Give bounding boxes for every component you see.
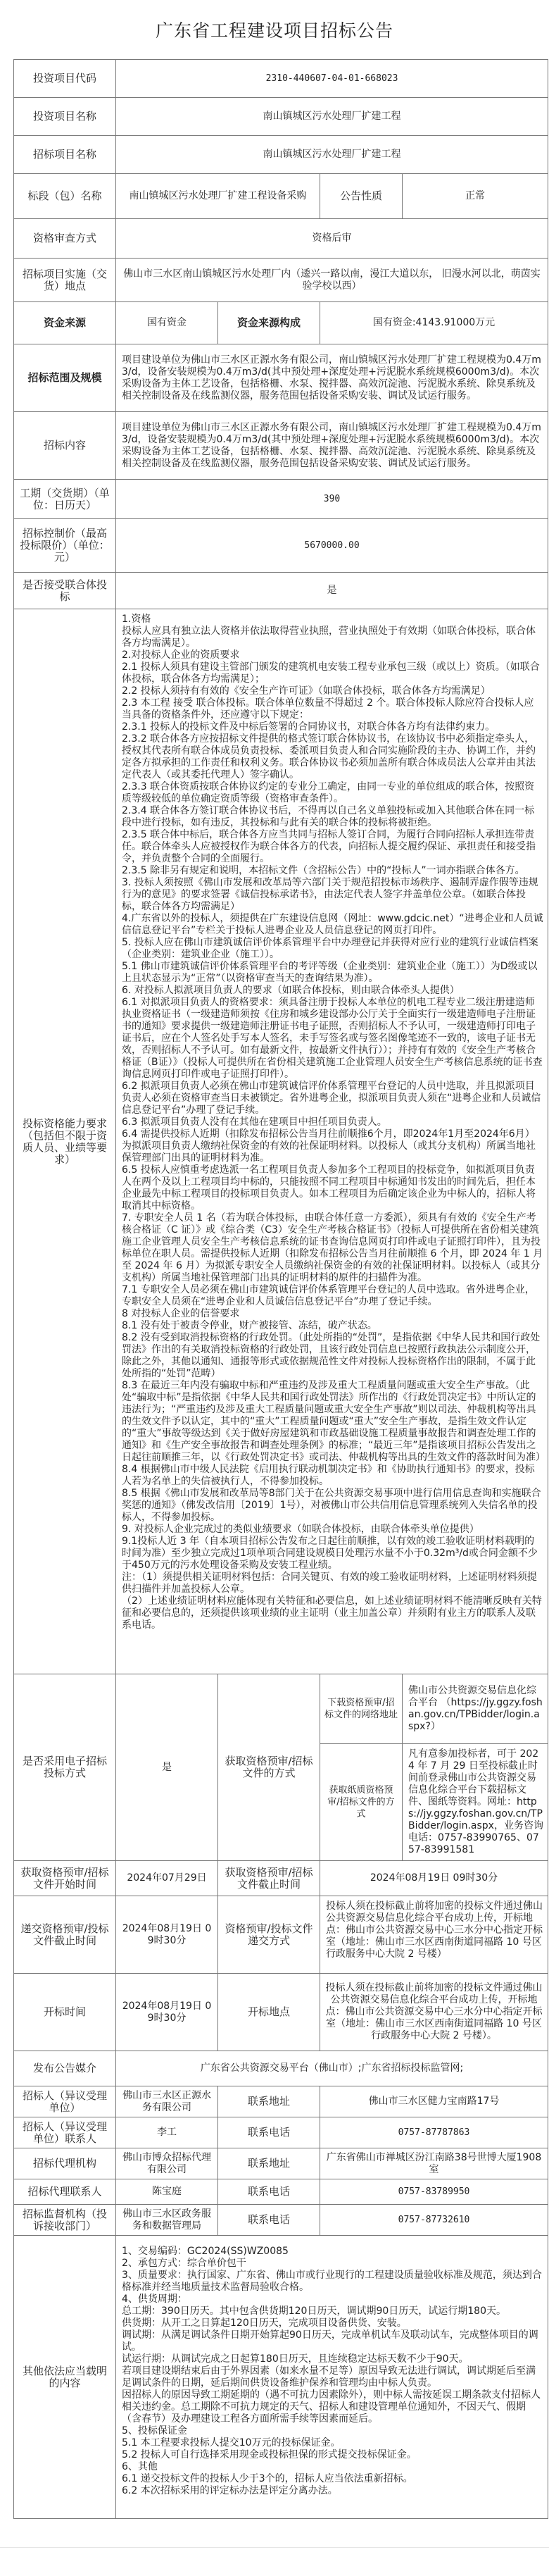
row-invest-code: 投资项目代码 2310-440607-04-01-668023: [14, 60, 548, 98]
fund-source-label: 资金来源: [14, 302, 116, 344]
page-title: 广东省工程建设项目招标公告: [0, 0, 549, 59]
row-qualification: 投标资格能力要求（包括但不限于资质人员、业绩等要求） 1.资格投标人应具有独立法…: [14, 609, 548, 1674]
paragraph-line: 8.4 根据佛山市中级人民法院《启用执行联动机制决定书》和《协助执行通知书》的要…: [122, 1464, 543, 1488]
tenderer-address-label: 联系地址: [218, 2086, 320, 2117]
paragraph-line: 供货期：从开工之日算起120日历天，完成项目设备供货、安装。: [122, 2317, 543, 2329]
obtain-end-label: 获取资格预审/招标文件截止时间: [218, 1861, 320, 1896]
tenderer-phone-value: 0757-87787863: [320, 2117, 548, 2148]
row-duration: 工期（交货期）（单位：日历天） 390: [14, 480, 548, 519]
qualification-lines: 1.资格投标人应具有独立法人资格并依法取得营业执照，营业执照处于有效期（如联合体…: [122, 614, 543, 1631]
qualification-label: 投标资格能力要求（包括但不限于资质人员、业绩等要求）: [14, 609, 116, 1674]
row-submit: 递交资格预审/投标文件截止时间 2024年08月19日 09时30分 资格预审/…: [14, 1896, 548, 1974]
row-tenderer: 招标人（异议受理单位） 佛山市三水区正源水务有限公司 联系地址 佛山市三水区健力…: [14, 2086, 548, 2117]
paragraph-line: 8.1 没有处于被责令停业，财产被接管、冻结，破产状态。: [122, 1320, 543, 1332]
paragraph-line: 8 对投标人企业的信誉要求: [122, 1308, 543, 1320]
content-value: 项目建设单位为佛山市三水区正源水务有限公司，南山镇城区污水处理厂扩建工程规模为0…: [116, 412, 548, 480]
fund-source-value: 国有资金: [116, 302, 218, 344]
paragraph-line: 5.2 投标人可自行选择采用现金或投标担保的形式提交投标保证金。: [122, 2449, 543, 2461]
row-bid-project-name: 招标项目名称 南山镇城区污水处理厂扩建工程: [14, 136, 548, 174]
paragraph-line: 6.1 递交投标文件的投标人少于3个的，招标人应当依法重新招标。: [122, 2473, 543, 2485]
control-price-value: 5670000.00: [116, 519, 548, 573]
paragraph-line: 1.资格: [122, 614, 543, 626]
supervisor-phone-label: 联系电话: [218, 2205, 320, 2236]
paragraph-line: 投标人应具有独立法人资格并依法取得营业执照，营业执照处于有效期（如联合体投标，联…: [122, 626, 543, 649]
consortium-value: 是: [116, 573, 548, 609]
paragraph-line: 6.2 本次招标采用的评定标办法是评定分离办法。: [122, 2485, 543, 2497]
paragraph-line: 5. 投标人应在佛山市建筑诚信评价体系管理平台中办理登记并获得对应行业的建筑行业…: [122, 937, 543, 961]
open-time-label: 开标时间: [14, 1974, 116, 2051]
duration-value: 390: [116, 480, 548, 519]
paragraph-line: 2.3.2 联合体各方应按招标文件提供的格式签订联合体协议书，在该协议书中必须指…: [122, 733, 543, 781]
paragraph-line: 5、投标保证金: [122, 2425, 543, 2437]
row-invest-name: 投资项目名称 南山镇城区污水处理厂扩建工程: [14, 98, 548, 136]
location-value: 佛山市三水区南山镇城区污水处理厂内（逶兴一路以南，漫江大道以东， 旧漫水河以北，…: [116, 259, 548, 302]
other-lines: 1、交易编码：GC2024(SS)WZ00852、承包方式：综合单价包干3、质量…: [122, 2246, 543, 2497]
paragraph-line: 注：（1）须提供相关证明材料包括：合同关键页、有效的竣工验收证明材料，上述证明材…: [122, 1572, 543, 1595]
tenderer-contact-value: 李工: [116, 2117, 218, 2148]
paragraph-line: 7. 专职安全人员 1 名（若为联合体投标，由联合体任意一方委派），须具有有效的…: [122, 1212, 543, 1284]
paragraph-line: 若项目建设期结束后由于外界因素（如来水量不足等）原因导致无法进行调试，调试期延后…: [122, 2365, 543, 2389]
paragraph-line: 9. 对投标人企业完成过的类似业绩要求（如联合体投标，由联合体牵头单位提供）: [122, 1524, 543, 1536]
agency-contact-label: 招标代理联系人: [14, 2179, 116, 2205]
obtain-start-value: 2024年07月29日: [116, 1861, 218, 1896]
paragraph-line: 2.3.5 除非另有规定和说明，本招标文件（含招标公告）中的“投标人”一词亦指联…: [122, 865, 543, 877]
electronic-value: 是: [116, 1674, 218, 1861]
scope-value: 项目建设单位为佛山市三水区正源水务有限公司，南山镇城区污水处理厂扩建工程规模为0…: [116, 344, 548, 412]
invest-name-label: 投资项目名称: [14, 98, 116, 136]
paragraph-line: 6. 对投标人拟派项目负责人的要求（如联合体投标，则由联合体牵头人提供）: [122, 985, 543, 997]
row-obtain-time: 获取资格预审/招标文件开始时间 2024年07月29日 获取资格预审/招标文件截…: [14, 1861, 548, 1896]
paragraph-line: 6.1 对拟派项目负责人的资格要求：须具备注册于投标人本单位的机电工程专业二级注…: [122, 997, 543, 1081]
submit-method-label: 资格预审/投标文件递交方式: [218, 1896, 320, 1974]
paragraph-line: 4、供货周期：: [122, 2294, 543, 2306]
paragraph-line: 9.1投标人近 3 年（自本项目招标公告发布之日起往前顺推，以有效的竣工验收证明…: [122, 1536, 543, 1572]
submit-deadline-label: 递交资格预审/投标文件截止时间: [14, 1896, 116, 1974]
footer-divider: [0, 2547, 549, 2548]
row-media: 发布公告媒介 广东省公共资源交易平台（佛山市）;广东省招标投标监管网;: [14, 2051, 548, 2086]
row-qualification-method: 资格审查方式 资格后审: [14, 219, 548, 259]
tenderer-phone-label: 联系电话: [218, 2117, 320, 2148]
paragraph-line: 7.1 专职安全人员必须在佛山市建筑诚信评价体系管理平台登记的人员中选取。省外进…: [122, 1284, 543, 1308]
notice-nature-value: 正常: [403, 174, 548, 219]
paragraph-line: 8.5 根据《佛山市发展和改革局等8部门关于在公共资源交易事项中进行信用信息查询…: [122, 1488, 543, 1524]
invest-code-value: 2310-440607-04-01-668023: [116, 60, 548, 98]
row-agency: 招标代理机构 佛山市博众招标代理有限公司 联系地址 广东省佛山市禅城区汾江南路3…: [14, 2148, 548, 2179]
notice-nature-label: 公告性质: [320, 174, 403, 219]
invest-name-value: 南山镇城区污水处理厂扩建工程: [116, 98, 548, 136]
fund-composition-label: 资金来源构成: [218, 302, 320, 344]
paragraph-line: 2.1 投标人须具有建设主管部门颁发的建筑机电安装工程专业承包三级（或以上）资质…: [122, 661, 543, 685]
row-tenderer-contact: 招标人（异议受理单位）联系人 李工 联系电话 0757-87787863: [14, 2117, 548, 2148]
download-address-label: 下载资格预审/招标文件的网络地址: [320, 1674, 403, 1744]
section-name-value: 南山镇城区污水处理厂扩建工程设备采购: [116, 174, 320, 219]
obtain-end-value: 2024年08月19日 09时30分: [320, 1861, 548, 1896]
qualification-value: 1.资格投标人应具有独立法人资格并依法取得营业执照，营业执照处于有效期（如联合体…: [116, 609, 548, 1674]
paragraph-line: 2.3.4 联合体各方签订联合体协议书后，不得再以自己名义单独投标或加入其他联合…: [122, 805, 543, 829]
paragraph-line: 2.2 投标人须持有有效的《安全生产许可证》（如联合体投标，联合体各方均需满足）: [122, 685, 543, 697]
row-open: 开标时间 2024年08月19日 09时30分 开标地点 投标人须在投标截止前将…: [14, 1974, 548, 2051]
paper-method-label: 获取纸质资格预审/招标文件的方式: [320, 1744, 403, 1861]
notice-page: 广东省工程建设项目招标公告 投资项目代码 2310-440607-04-01-6…: [0, 0, 549, 2576]
paragraph-line: 4.广东省以外的投标人，须提供在广东建设信息网（网址：www.gdcic.net…: [122, 913, 543, 937]
paragraph-line: 5.1 佛山市建筑诚信评价体系管理平台的考评等级（企业类别：建筑业企业（施工））…: [122, 961, 543, 985]
paragraph-line: 调试期：从满足调试条件日期开始算起90日历天，完成单机试车及联动试车，完成整体项…: [122, 2329, 543, 2353]
paragraph-line: 3、质量要求：执行国家、广东省、佛山市或行业现行的工程建设质量验收标准及规范，须…: [122, 2270, 543, 2294]
fund-composition-value: 国有资金:4143.91000万元: [320, 302, 548, 344]
bid-project-name-label: 招标项目名称: [14, 136, 116, 174]
paragraph-line: 试运行期：从调试完成之日起算180日历天，且连续稳定达标天数不少于90天。: [122, 2353, 543, 2365]
supervisor-phone-value: 0757-87732610: [320, 2205, 548, 2236]
row-other: 其他依法应当载明的内容 1、交易编码：GC2024(SS)WZ00852、承包方…: [14, 2236, 548, 2519]
paragraph-line: 5.1 本工程要求投标人提交10万元的投标保证金。: [122, 2437, 543, 2449]
agency-address-label: 联系地址: [218, 2148, 320, 2179]
paragraph-line: 6.3 拟派项目负责人没有在其他在建项目中担任项目负责人。: [122, 1116, 543, 1128]
paragraph-line: 2.3 本工程 接受 联合体投标。联合体单位数量不得超过 2 个。联合体投标人除…: [122, 697, 543, 721]
paragraph-line: 3. 投标人须按照《佛山市发展和改革局等六部门关于规范招投标市场秩序、遏制弄虚作…: [122, 877, 543, 913]
paragraph-line: 6.5 投标人应慎重考虑选派一名工程项目负责人参加多个工程项目的投标竞争，如拟派…: [122, 1164, 543, 1212]
paragraph-line: 1、交易编码：GC2024(SS)WZ0085: [122, 2246, 543, 2258]
media-value: 广东省公共资源交易平台（佛山市）;广东省招标投标监管网;: [116, 2051, 548, 2086]
agency-address-value: 广东省佛山市禅城区汾江南路38号世博大厦1908室: [320, 2148, 548, 2179]
row-control-price: 招标控制价（最高投标限价）（单位：元） 5670000.00: [14, 519, 548, 573]
paragraph-line: 2、承包方式：综合单价包干: [122, 2258, 543, 2270]
paragraph-line: 2.对投标人企业的资质要求: [122, 649, 543, 661]
paragraph-line: 6.4 需提供投标人近期（扣除发布招标公告当月往前顺推6个月，即2024年1月至…: [122, 1128, 543, 1164]
paper-method-value[interactable]: 凡有意参加投标者，可于 2024 年 7 月 29 日至投标截止时间前登录佛山市…: [403, 1744, 548, 1861]
invest-code-label: 投资项目代码: [14, 60, 116, 98]
paragraph-line: 6.2 拟派项目负责人必须在佛山市建筑诚信评价体系管理平台登记的人员中选取，并且…: [122, 1081, 543, 1116]
paragraph-line: 6、其他: [122, 2461, 543, 2473]
agency-value: 佛山市博众招标代理有限公司: [116, 2148, 218, 2179]
row-supervisor: 招标监督机构（投诉接收部门） 佛山市三水区政务服务和数据管理局 联系电话 075…: [14, 2205, 548, 2236]
tenderer-contact-label: 招标人（异议受理单位）联系人: [14, 2117, 116, 2148]
content-label: 招标内容: [14, 412, 116, 480]
electronic-label: 是否采用电子招标投标方式: [14, 1674, 116, 1861]
paragraph-line: 2.3.3 联合体资质按联合体协议约定的专业分工确定，由同一专业的单位组成的联合…: [122, 781, 543, 805]
duration-label: 工期（交货期）（单位：日历天）: [14, 480, 116, 519]
other-value: 1、交易编码：GC2024(SS)WZ00852、承包方式：综合单价包干3、质量…: [116, 2236, 548, 2519]
open-place-label: 开标地点: [218, 1974, 320, 2051]
supervisor-value: 佛山市三水区政务服务和数据管理局: [116, 2205, 218, 2236]
tenderer-value: 佛山市三水区正源水务有限公司: [116, 2086, 218, 2117]
other-label: 其他依法应当载明的内容: [14, 2236, 116, 2519]
paragraph-line: （2）上述业绩证明材料应能体现有关特征和必要信息，如上述业绩证明材料不能清晰反映…: [122, 1595, 543, 1631]
media-label: 发布公告媒介: [14, 2051, 116, 2086]
notice-table: 投资项目代码 2310-440607-04-01-668023 投资项目名称 南…: [13, 59, 548, 2519]
section-name-label: 标段（包）名称: [14, 174, 116, 219]
open-place-value: 投标人须在投标截止前将加密的投标文件通过佛山公共资源交易信息化综合平台成功上传，…: [320, 1974, 548, 2051]
agency-label: 招标代理机构: [14, 2148, 116, 2179]
tenderer-address-value: 佛山市三水区健力宝南路17号: [320, 2086, 548, 2117]
tenderer-label: 招标人（异议受理单位）: [14, 2086, 116, 2117]
submit-deadline-value: 2024年08月19日 09时30分: [116, 1896, 218, 1974]
row-content: 招标内容 项目建设单位为佛山市三水区正源水务有限公司，南山镇城区污水处理厂扩建工…: [14, 412, 548, 480]
paragraph-line: 总工期：390日历天。其中包含供货期120日历天，调试期90日历天，试运行期18…: [122, 2306, 543, 2317]
paragraph-line: 8.3 在最近三年内没有骗取中标和严重违约及涉及重大工程质量问题或重大安全生产事…: [122, 1380, 543, 1464]
download-address-value[interactable]: 佛山市公共资源交易信息化综合平台 （https://jy.ggzy.foshan…: [403, 1674, 548, 1744]
agency-phone-label: 联系电话: [218, 2179, 320, 2205]
agency-phone-value: 0757-83789950: [320, 2179, 548, 2205]
control-price-label: 招标控制价（最高投标限价）（单位：元）: [14, 519, 116, 573]
consortium-label: 是否接受联合体投标: [14, 573, 116, 609]
row-consortium: 是否接受联合体投标 是: [14, 573, 548, 609]
row-fund-source: 资金来源 国有资金 资金来源构成 国有资金:4143.91000万元: [14, 302, 548, 344]
paragraph-line: 2.3.1 投标人的投标文件及中标后签署的合同协议书，对联合体各方均有法律约束力…: [122, 721, 543, 733]
open-time-value: 2024年08月19日 09时30分: [116, 1974, 218, 2051]
submit-method-value: 投标人须在投标截止前将加密的投标文件通过佛山公共资源交易信息化综合平台成功上传，…: [320, 1896, 548, 1974]
agency-contact-value: 陈宝庭: [116, 2179, 218, 2205]
bid-project-name-value: 南山镇城区污水处理厂扩建工程: [116, 136, 548, 174]
obtain-method-label: 获取资格预审/招标文件的方式: [218, 1674, 320, 1861]
paragraph-line: 2.3.5 联合体中标后，联合体各方应当共同与招标人签订合同，为履行合同向招标人…: [122, 829, 543, 865]
obtain-start-label: 获取资格预审/招标文件开始时间: [14, 1861, 116, 1896]
qualification-method-value: 资格后审: [116, 219, 548, 259]
scope-label: 招标范围及规模: [14, 344, 116, 412]
paragraph-line: 因招标人的原因导致工期延期的（遇不可抗力因素除外），则中标人需按延误工期条款支付…: [122, 2389, 543, 2425]
row-section-name: 标段（包）名称 南山镇城区污水处理厂扩建工程设备采购 公告性质 正常: [14, 174, 548, 219]
row-scope: 招标范围及规模 项目建设单位为佛山市三水区正源水务有限公司，南山镇城区污水处理厂…: [14, 344, 548, 412]
row-location: 招标项目实施（交货）地点 佛山市三水区南山镇城区污水处理厂内（逶兴一路以南，漫江…: [14, 259, 548, 302]
row-agency-contact: 招标代理联系人 陈宝庭 联系电话 0757-83789950: [14, 2179, 548, 2205]
row-electronic-1: 是否采用电子招标投标方式 是 获取资格预审/招标文件的方式 下载资格预审/招标文…: [14, 1674, 548, 1744]
qualification-method-label: 资格审查方式: [14, 219, 116, 259]
supervisor-label: 招标监督机构（投诉接收部门）: [14, 2205, 116, 2236]
paragraph-line: 8.2 没有受到取消投标资格的行政处罚。（此处所指的“处罚”，是指依据《中华人民…: [122, 1332, 543, 1380]
location-label: 招标项目实施（交货）地点: [14, 259, 116, 302]
